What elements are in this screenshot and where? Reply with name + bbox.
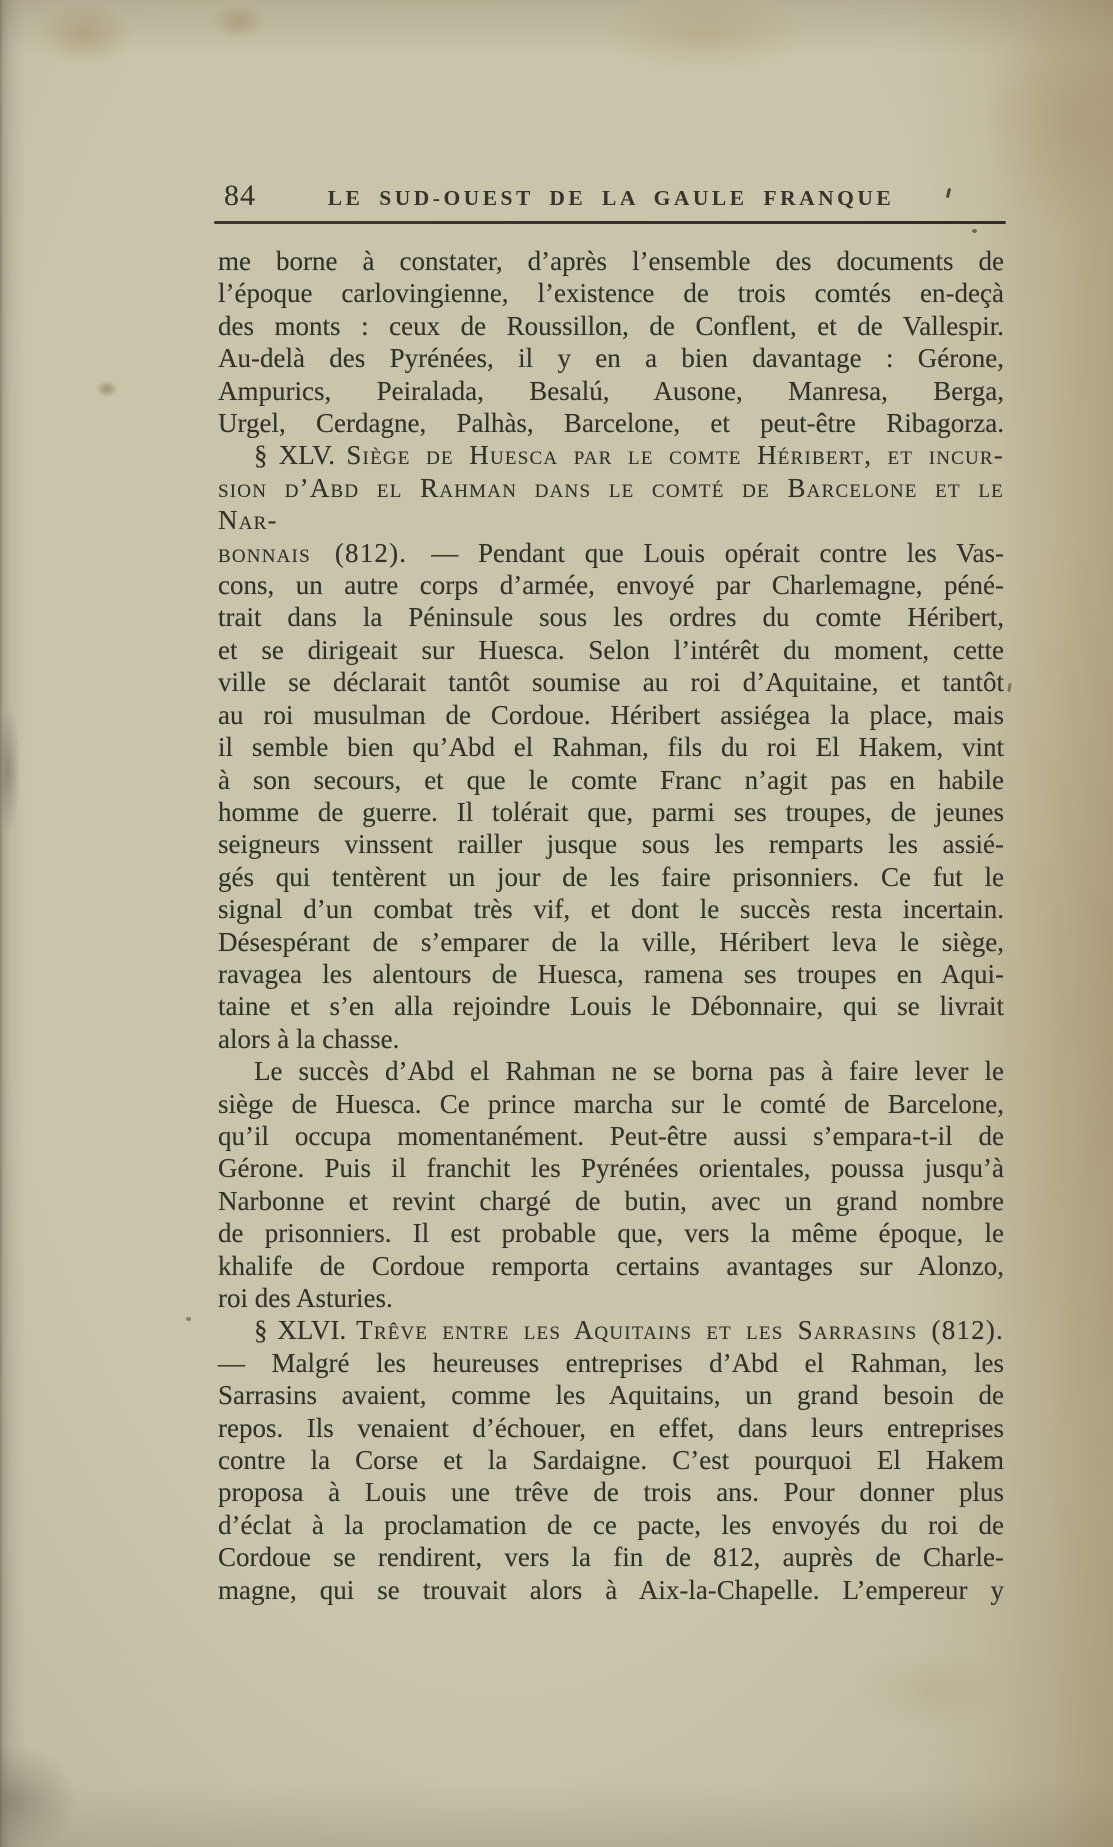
text-line: repos. Ils venaient d’échouer, en effet,… [218, 1412, 1004, 1444]
text-run: seigneurs vinssent railler jusque sous l… [218, 829, 1004, 859]
text-run: alors à la chasse. [218, 1024, 399, 1054]
text-line: proposa à Louis une trêve de trois ans. … [218, 1476, 1004, 1508]
text-run: contre la Corse et la Sardaigne. C’est p… [218, 1445, 1004, 1475]
text-run: homme de guerre. Il tolérait que, parmi … [218, 797, 1004, 827]
text-line: Ampurics, Peiralada, Besalú, Ausone, Man… [218, 375, 1004, 407]
text-run: proposa à Louis une trêve de trois ans. … [218, 1477, 1004, 1507]
text-run: l’époque carlovingienne, l’existence de … [218, 278, 1004, 308]
text-line: alors à la chasse. [218, 1023, 1004, 1055]
text-line: Cordoue se rendirent, vers la fin de 812… [218, 1541, 1004, 1573]
small-caps-run: sion d’Abd el Rahman dans le comté de Ba… [218, 473, 1004, 535]
text-run: § XLV. [254, 440, 346, 470]
text-run: à son secours, et que le comte Franc n’a… [218, 765, 1004, 795]
text-line: roi des Asturies. [218, 1282, 1004, 1314]
text-run: cons, un autre corps d’armée, envoyé par… [218, 570, 1004, 600]
text-line: Le succès d’Abd el Rahman ne se borna pa… [218, 1055, 1004, 1087]
text-line: qu’il occupa momentanément. Peut-être au… [218, 1120, 1004, 1152]
text-line: sion d’Abd el Rahman dans le comté de Ba… [218, 472, 1004, 537]
text-run: Cordoue se rendirent, vers la fin de 812… [218, 1542, 1004, 1572]
text-line: — Malgré les heureuses entreprises d’Abd… [218, 1347, 1004, 1379]
text-line: magne, qui se trouvait alors à Aix-la-Ch… [218, 1574, 1004, 1606]
text-line: ravagea les alentours de Huesca, ramena … [218, 958, 1004, 990]
book-page-scan: 84 LE SUD-OUEST DE LA GAULE FRANQUE me b… [0, 0, 1113, 1847]
text-run: Sarrasins avaient, comme les Aquitains, … [218, 1380, 1004, 1410]
text-line: au roi musulman de Cordoue. Héribert ass… [218, 699, 1004, 731]
text-line: seigneurs vinssent railler jusque sous l… [218, 828, 1004, 860]
text-run: ravagea les alentours de Huesca, ramena … [218, 959, 1004, 989]
text-run: gés qui tentèrent un jour de les faire p… [218, 862, 1004, 892]
header-rule [214, 221, 1006, 224]
text-line: Urgel, Cerdagne, Palhàs, Barcelone, et p… [218, 407, 1004, 439]
text-line: d’éclat à la proclamation de ce pacte, l… [218, 1509, 1004, 1541]
text-run: qu’il occupa momentanément. Peut-être au… [218, 1121, 1004, 1151]
text-run: ville se déclarait tantôt soumise au roi… [218, 667, 1004, 697]
text-run: siège de Huesca. Ce prince marcha sur le… [218, 1089, 1004, 1119]
text-line: cons, un autre corps d’armée, envoyé par… [218, 569, 1004, 601]
text-run: magne, qui se trouvait alors à Aix-la-Ch… [218, 1575, 1004, 1605]
text-line: contre la Corse et la Sardaigne. C’est p… [218, 1444, 1004, 1476]
text-line: Gérone. Puis il franchit les Pyrénées or… [218, 1152, 1004, 1184]
small-caps-run: Trêve entre les Aquitains et les Sarrasi… [356, 1315, 1004, 1345]
text-line: signal d’un combat très vif, et dont le … [218, 893, 1004, 925]
text-run: Désespérant de s’emparer de la ville, Hé… [218, 927, 1004, 957]
text-run: khalife de Cordoue remporta certains ava… [218, 1251, 1004, 1281]
small-caps-run: Siège de Huesca par le comte Héribert, e… [346, 440, 1004, 470]
text-run: taine et s’en alla rejoindre Louis le Dé… [218, 991, 1004, 1021]
ink-speck [186, 1317, 191, 1321]
text-run: Gérone. Puis il franchit les Pyrénées or… [218, 1153, 1004, 1183]
text-run: au roi musulman de Cordoue. Héribert ass… [218, 700, 1004, 730]
text-block: me borne à constater, d’après l’ensemble… [218, 245, 1004, 1606]
text-run: repos. Ils venaient d’échouer, en effet,… [218, 1413, 1004, 1443]
text-line: ville se déclarait tantôt soumise au roi… [218, 666, 1004, 698]
text-run: — Pendant que Louis opérait contre les V… [431, 538, 1004, 568]
text-line: de prisonniers. Il est probable que, ver… [218, 1217, 1004, 1249]
text-line: et se dirigeait sur Huesca. Selon l’inté… [218, 634, 1004, 666]
text-run: — Malgré les heureuses entreprises d’Abd… [218, 1348, 1004, 1378]
text-run: de prisonniers. Il est probable que, ver… [218, 1218, 1004, 1248]
text-line: l’époque carlovingienne, l’existence de … [218, 277, 1004, 309]
text-line: des monts : ceux de Roussillon, de Confl… [218, 310, 1004, 342]
running-title: LE SUD-OUEST DE LA GAULE FRANQUE [218, 186, 1004, 211]
text-run: d’éclat à la proclamation de ce pacte, l… [218, 1510, 1004, 1540]
text-line: Narbonne et revint chargé de butin, avec… [218, 1185, 1004, 1217]
text-line: Désespérant de s’emparer de la ville, Hé… [218, 926, 1004, 958]
text-line: bonnais (812). — Pendant que Louis opéra… [218, 537, 1004, 569]
text-line: taine et s’en alla rejoindre Louis le Dé… [218, 990, 1004, 1022]
text-run: signal d’un combat très vif, et dont le … [218, 894, 1004, 924]
text-line: me borne à constater, d’après l’ensemble… [218, 245, 1004, 277]
text-line: à son secours, et que le comte Franc n’a… [218, 764, 1004, 796]
text-line: khalife de Cordoue remporta certains ava… [218, 1250, 1004, 1282]
text-run: Narbonne et revint chargé de butin, avec… [218, 1186, 1004, 1216]
text-line: Sarrasins avaient, comme les Aquitains, … [218, 1379, 1004, 1411]
text-line: gés qui tentèrent un jour de les faire p… [218, 861, 1004, 893]
text-run: Ampurics, Peiralada, Besalú, Ausone, Man… [218, 376, 1004, 406]
ink-speck [972, 229, 977, 233]
text-line: siège de Huesca. Ce prince marcha sur le… [218, 1088, 1004, 1120]
text-run: roi des Asturies. [218, 1283, 393, 1313]
text-run: § XLVI. [254, 1315, 356, 1345]
ink-speck [1007, 683, 1012, 692]
text-run: trait dans la Péninsule sous les ordres … [218, 602, 1004, 632]
text-line: § XLVI. Trêve entre les Aquitains et les… [218, 1314, 1004, 1346]
small-caps-run: bonnais (812). [218, 538, 431, 568]
text-line: § XLV. Siège de Huesca par le comte Héri… [218, 439, 1004, 471]
text-line: homme de guerre. Il tolérait que, parmi … [218, 796, 1004, 828]
text-run: des monts : ceux de Roussillon, de Confl… [218, 311, 1004, 341]
text-line: Au-delà des Pyrénées, il y en a bien dav… [218, 342, 1004, 374]
text-line: il semble bien qu’Abd el Rahman, fils du… [218, 731, 1004, 763]
text-line: trait dans la Péninsule sous les ordres … [218, 601, 1004, 633]
text-run: Le succès d’Abd el Rahman ne se borna pa… [254, 1056, 1004, 1086]
text-run: Urgel, Cerdagne, Palhàs, Barcelone, et p… [218, 408, 1004, 438]
text-run: et se dirigeait sur Huesca. Selon l’inté… [218, 635, 1004, 665]
text-run: me borne à constater, d’après l’ensemble… [218, 246, 1004, 276]
text-run: il semble bien qu’Abd el Rahman, fils du… [218, 732, 1004, 762]
text-run: Au-delà des Pyrénées, il y en a bien dav… [218, 343, 1004, 373]
